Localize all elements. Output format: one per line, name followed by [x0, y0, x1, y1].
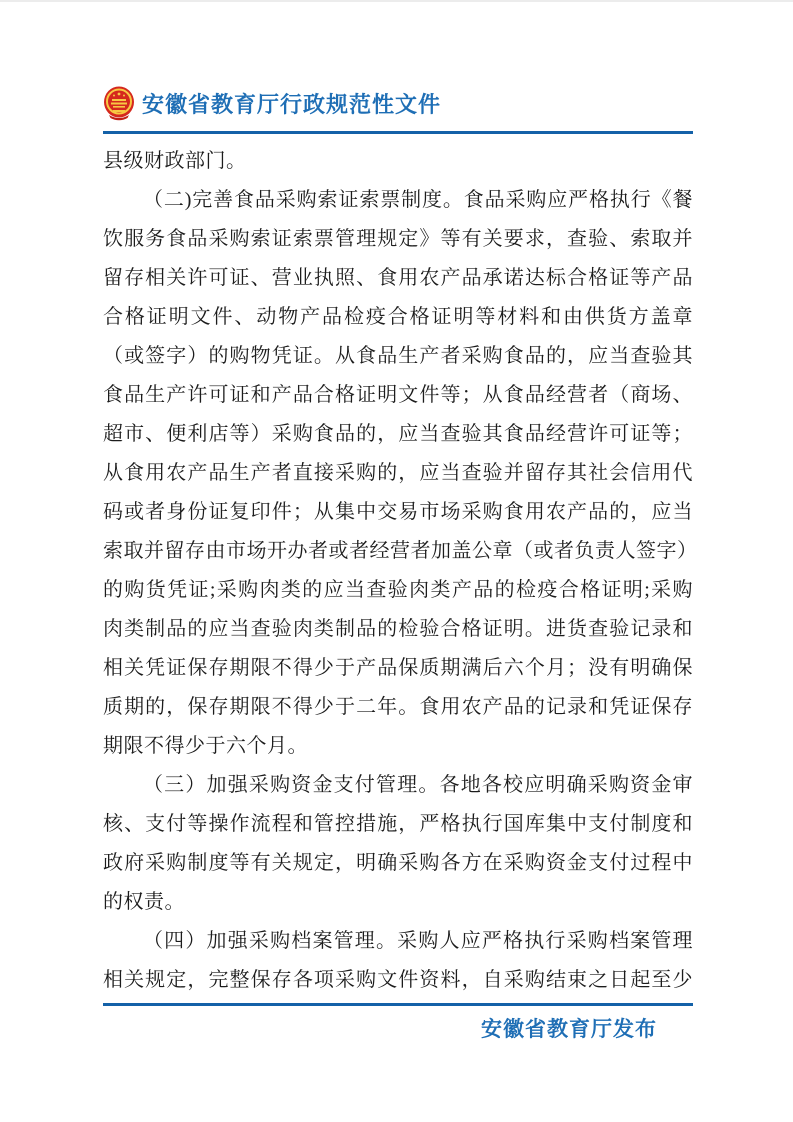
body-line: 从食用农产品生产者直接采购的，应当查验并留存其社会信用代	[103, 454, 693, 493]
body-line: 县级财政部门。	[103, 142, 693, 181]
body-line: 留存相关许可证、营业执照、食用农产品承诺达标合格证等产品	[103, 259, 693, 298]
publisher-label: 安徽省教育厅发布	[103, 1013, 693, 1043]
body-line: 码或者身份证复印件；从集中交易市场采购食用农产品的，应当	[103, 493, 693, 532]
body-line: 索取并留存由市场开办者或者经营者加盖公章（或者负责人签字）	[103, 532, 693, 571]
document-page: 安徽省教育厅行政规范性文件 县级财政部门。 （二)完善食品采购索证索票制度。食品…	[103, 84, 693, 1043]
body-line: （四）加强采购档案管理。采购人应严格执行采购档案管理	[103, 922, 693, 961]
body-line: 核、支付等操作流程和管控措施，严格执行国库集中支付制度和	[103, 805, 693, 844]
document-body: 县级财政部门。 （二)完善食品采购索证索票制度。食品采购应严格执行《餐 饮服务食…	[103, 142, 693, 1000]
body-line: （二)完善食品采购索证索票制度。食品采购应严格执行《餐	[103, 181, 693, 220]
body-line: 饮服务食品采购索证索票管理规定》等有关要求，查验、索取并	[103, 220, 693, 259]
body-line: 政府采购制度等有关规定，明确采购各方在采购资金支付过程中	[103, 844, 693, 883]
body-line: 期限不得少于六个月。	[103, 727, 693, 766]
body-line: （或签字）的购物凭证。从食品生产者采购食品的，应当查验其	[103, 337, 693, 376]
body-line: 肉类制品的应当查验肉类制品的检验合格证明。进货查验记录和	[103, 610, 693, 649]
body-line: 超市、便利店等）采购食品的，应当查验其食品经营许可证等；	[103, 415, 693, 454]
body-line: 食品生产许可证和产品合格证明文件等；从食品经营者（商场、	[103, 376, 693, 415]
body-line: 的购货凭证;采购肉类的应当查验肉类产品的检疫合格证明;采购	[103, 571, 693, 610]
body-line: （三）加强采购资金支付管理。各地各校应明确采购资金审	[103, 766, 693, 805]
body-line: 合格证明文件、动物产品检疫合格证明等材料和由供货方盖章	[103, 298, 693, 337]
document-header: 安徽省教育厅行政规范性文件	[103, 84, 693, 122]
header-divider	[103, 131, 693, 134]
footer-divider	[103, 1003, 693, 1006]
china-national-emblem-icon	[103, 85, 135, 121]
page-title: 安徽省教育厅行政规范性文件	[142, 88, 441, 119]
body-line: 的权责。	[103, 883, 693, 922]
body-line: 相关规定，完整保存各项采购文件资料，自采购结束之日起至少	[103, 961, 693, 1000]
body-line: 质期的，保存期限不得少于二年。食用农产品的记录和凭证保存	[103, 688, 693, 727]
body-line: 相关凭证保存期限不得少于产品保质期满后六个月；没有明确保	[103, 649, 693, 688]
